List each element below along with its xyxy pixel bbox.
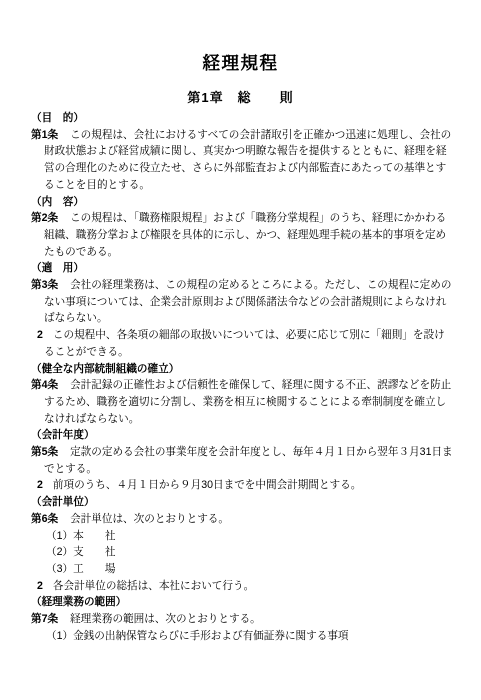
section-heading: （健全な内部統制組織の確立）	[31, 361, 453, 378]
item-text: （3）工 場	[46, 563, 115, 575]
item-text: （1）本 社	[46, 530, 115, 542]
article-paragraph: 第3条会社の経理業務は、この規程の定めるところによる。ただし、この規程に定めのな…	[31, 277, 453, 327]
article-paragraph: 第5条定款の定める会社の事業年度を会計年度とし、毎年４月１日から翌年３月31日ま…	[31, 444, 453, 477]
section-heading: （経理業務の範囲）	[31, 594, 453, 611]
article-number: 第7条	[31, 613, 58, 625]
article-paragraph: 第6条会計単位は、次のとおりとする。	[31, 511, 453, 528]
heading-text: （会計年度）	[31, 429, 95, 441]
article-paragraph: 第7条経理業務の範囲は、次のとおりとする。	[31, 611, 453, 628]
heading-text: （目 的）	[31, 112, 84, 124]
document-title: 経理規程	[0, 0, 481, 74]
list-item: （3）工 場	[31, 561, 453, 578]
article-paragraph: 第2条この規程は、「職務権限規程」および「職務分掌規程」のうち、経理にかかわる組…	[31, 210, 453, 260]
para-text: 各会計単位の総括は、本社において行う。	[53, 580, 254, 592]
article-number: 第4条	[31, 379, 58, 391]
para-text: この規程中、各条項の細部の取扱いについては、必要に応じて別に「細則」を設けること…	[44, 329, 445, 358]
section-heading: （内 容）	[31, 194, 453, 211]
article-paragraph: 第4条会計記録の正確性および信頼性を確保して、経理に関する不正、誤謬などを防止す…	[31, 377, 453, 427]
sub-paragraph: 2前項のうち、４月１日から９月30日までを中間会計期間とする。	[31, 477, 453, 494]
article-text: 会計記録の正確性および信頼性を確保して、経理に関する不正、誤謬などを防止するため…	[44, 379, 451, 424]
heading-text: （適 用）	[31, 262, 84, 274]
list-item: （1）本 社	[31, 528, 453, 545]
document-page: 経理規程 第1章 総 則 （目 的）第1条この規程は、会社におけるすべての会計諸…	[0, 0, 481, 700]
paragraph-number: 2	[37, 329, 43, 341]
document-body: （目 的）第1条この規程は、会社におけるすべての会計諸取引を正確かつ迅速に処理し…	[31, 110, 453, 645]
article-text: この規程は、会社におけるすべての会計諸取引を正確かつ迅速に処理し、会社の財政状態…	[44, 129, 451, 191]
list-item: （2）支 社	[31, 544, 453, 561]
paragraph-number: 2	[37, 479, 43, 491]
item-text: （2）支 社	[46, 546, 115, 558]
heading-text: （内 容）	[31, 196, 84, 208]
article-number: 第2条	[31, 212, 58, 224]
article-text: 定款の定める会社の事業年度を会計年度とし、毎年４月１日から翌年３月31日までとす…	[44, 446, 453, 475]
section-heading: （会計単位）	[31, 494, 453, 511]
article-text: 会社の経理業務は、この規程の定めるところによる。ただし、この規程に定めのない事項…	[44, 279, 451, 324]
article-text: 経理業務の範囲は、次のとおりとする。	[70, 613, 261, 625]
article-number: 第6条	[31, 513, 58, 525]
chapter-heading: 第1章 総 則	[0, 90, 481, 106]
para-text: 前項のうち、４月１日から９月30日までを中間会計期間とする。	[53, 479, 361, 491]
section-heading: （目 的）	[31, 110, 453, 127]
article-number: 第5条	[31, 446, 58, 458]
sub-paragraph: 2この規程中、各条項の細部の取扱いについては、必要に応じて別に「細則」を設けるこ…	[31, 327, 453, 360]
article-text: 会計単位は、次のとおりとする。	[70, 513, 229, 525]
heading-text: （会計単位）	[31, 496, 95, 508]
sub-paragraph: 2各会計単位の総括は、本社において行う。	[31, 578, 453, 595]
article-number: 第1条	[31, 129, 58, 141]
item-text: （1）金銭の出納保管ならびに手形および有価証券に関する事項	[46, 630, 349, 642]
list-item: （1）金銭の出納保管ならびに手形および有価証券に関する事項	[31, 628, 453, 645]
section-heading: （会計年度）	[31, 427, 453, 444]
article-paragraph: 第1条この規程は、会社におけるすべての会計諸取引を正確かつ迅速に処理し、会社の財…	[31, 127, 453, 194]
paragraph-number: 2	[37, 580, 43, 592]
article-number: 第3条	[31, 279, 58, 291]
heading-text: （健全な内部統制組織の確立）	[31, 363, 179, 375]
section-heading: （適 用）	[31, 260, 453, 277]
article-text: この規程は、「職務権限規程」および「職務分掌規程」のうち、経理にかかわる組織、職…	[44, 212, 446, 257]
heading-text: （経理業務の範囲）	[31, 596, 126, 608]
